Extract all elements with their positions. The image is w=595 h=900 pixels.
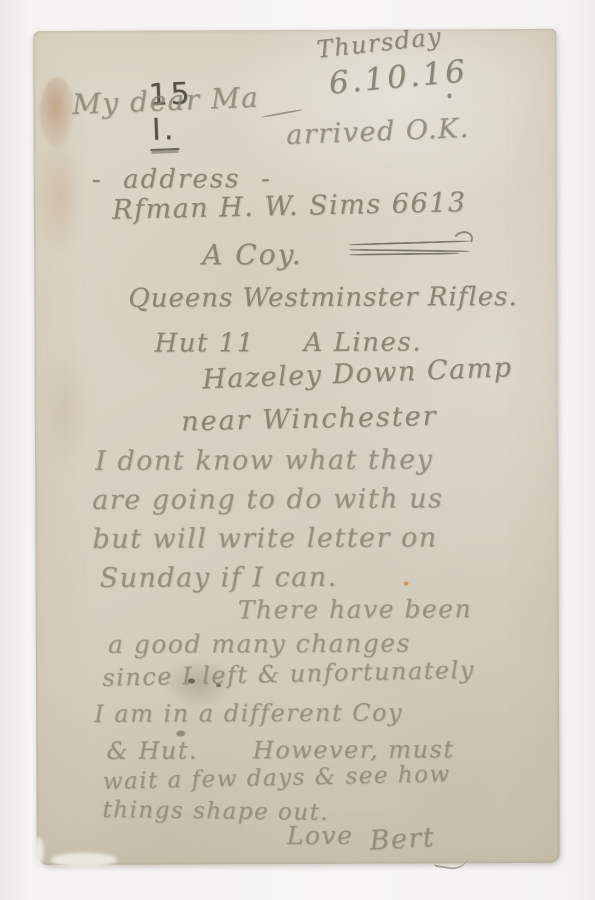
pen-stroke-after-salutation: [261, 109, 303, 118]
address-heading: - address -: [92, 164, 272, 195]
worn-edge-left-notch: [34, 837, 44, 865]
arrival-note: arrived O.K.: [286, 113, 471, 151]
body-line-5: There have been: [238, 594, 472, 624]
address-line-regiment: Queens Westminster Rifles.: [128, 282, 518, 314]
closing: Love: [287, 821, 354, 850]
stray-dot-after-date: [447, 93, 451, 98]
body-line-3: but will write letter on: [92, 522, 437, 555]
faded-stain-left-lower: [37, 346, 94, 471]
struck-out-word: [349, 239, 469, 262]
address-line-name: Rfman H. W. Sims 6613: [112, 187, 467, 226]
body-line-2: are going to do with us: [92, 483, 443, 516]
signature-flourish: [434, 849, 470, 872]
address-line-town: near Winchester: [181, 401, 438, 438]
orange-fleck: [404, 582, 409, 586]
rust-stain-top-left: [39, 77, 75, 149]
address-line-camp: Hazeley Down Camp: [202, 352, 513, 395]
body-line-10: wait a few days & see how: [102, 761, 450, 795]
body-line-4: Sunday if I can.: [100, 562, 338, 594]
body-line-6: a good many changes: [108, 629, 411, 659]
salutation: My dear Ma: [71, 81, 259, 121]
body-line-8: I am in a different Coy: [94, 699, 403, 728]
address-line-hut: Hut 11 A Lines.: [154, 327, 422, 358]
address-line-company: A Coy.: [202, 238, 303, 271]
worn-edge-bottom-left: [51, 853, 117, 867]
scan-background: 15 I. Thursday 6.10.16 My dear Ma arrive…: [0, 0, 595, 900]
body-line-7: since I left & unfortunately: [102, 656, 475, 692]
body-line-1: I dont know what they: [95, 444, 433, 476]
body-line-9: & Hut. However, must: [106, 735, 454, 765]
postcard: 15 I. Thursday 6.10.16 My dear Ma arrive…: [33, 29, 560, 865]
signature: Bert: [369, 822, 436, 857]
